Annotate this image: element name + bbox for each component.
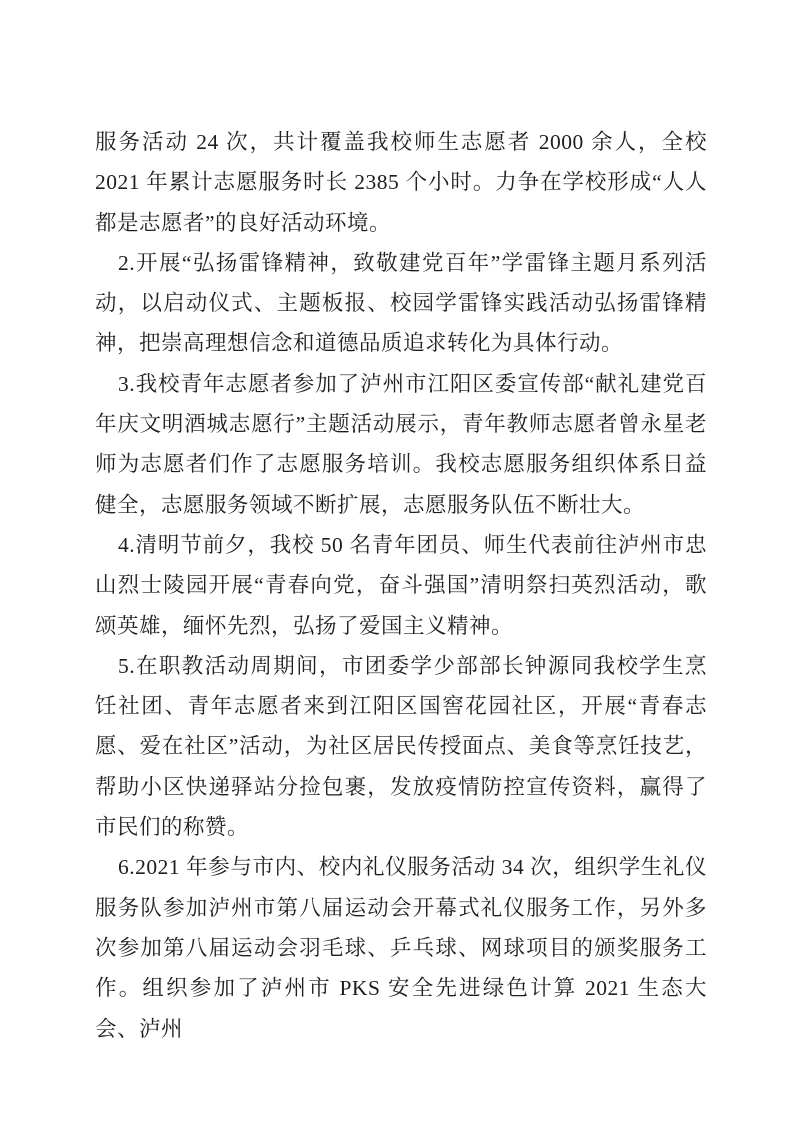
paragraph-item-4-qingming-memorial: 4.清明节前夕，我校 50 名青年团员、师生代表前往泸州市忠山烈士陵园开展“青春…	[95, 525, 707, 646]
paragraph-item-6-etiquette-service: 6.2021 年参与市内、校内礼仪服务活动 34 次，组织学生礼仪服务队参加泸州…	[95, 847, 707, 1048]
paragraph-volunteer-summary: 服务活动 24 次，共计覆盖我校师生志愿者 2000 余人，全校 2021 年累…	[95, 122, 707, 243]
document-page: 服务活动 24 次，共计覆盖我校师生志愿者 2000 余人，全校 2021 年累…	[0, 0, 793, 1122]
paragraph-item-3-jiangyang-display: 3.我校青年志愿者参加了泸州市江阳区委宣传部“献礼建党百年庆文明酒城志愿行”主题…	[95, 364, 707, 525]
paragraph-item-2-leifeng-month: 2.开展“弘扬雷锋精神，致敬建党百年”学雷锋主题月系列活动，以启动仪式、主题板报…	[95, 243, 707, 364]
paragraph-item-5-community-service: 5.在职教活动周期间，市团委学少部部长钟源同我校学生烹饪社团、青年志愿者来到江阳…	[95, 646, 707, 847]
